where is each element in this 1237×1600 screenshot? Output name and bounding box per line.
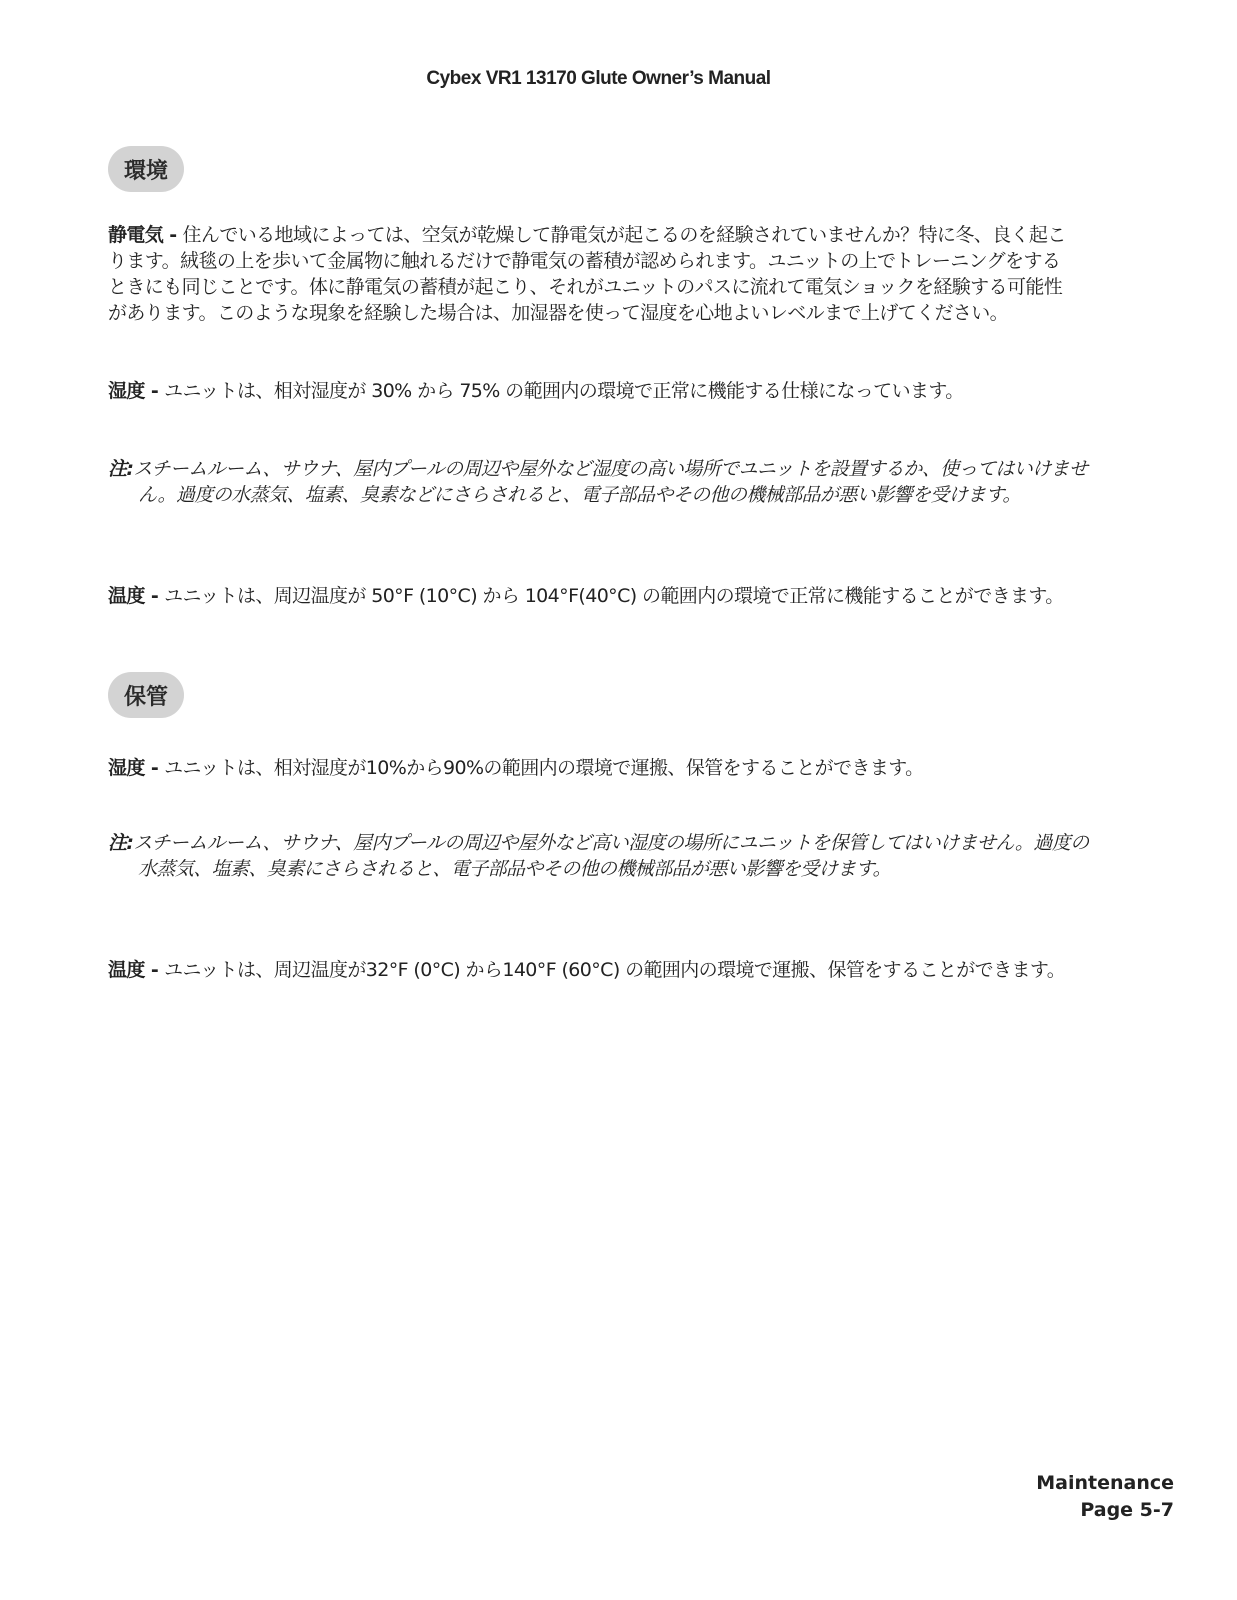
term-label: 温度 - — [108, 585, 164, 607]
note-text: スチームルーム、サウナ、屋内プールの周辺や屋外など湿度の高い場所でユニットを設置… — [133, 458, 1087, 506]
paragraph-humidity-operating: 湿度 - ユニットは、相対湿度が 30% から 75% の範囲内の環境で正常に機… — [108, 378, 1068, 404]
paragraph-text: ユニットは、周辺温度が 50°F (10°C) から 104°F(40°C) の… — [164, 585, 1064, 607]
paragraph-text: ユニットは、相対湿度が 30% から 75% の範囲内の環境で正常に機能する仕様… — [164, 380, 964, 402]
footer-section-name: Maintenance — [1036, 1470, 1174, 1497]
paragraph-text: ユニットは、周辺温度が32°F (0°C) から140°F (60°C) の範囲… — [164, 959, 1065, 981]
paragraph-temperature-storage: 温度 - ユニットは、周辺温度が32°F (0°C) から140°F (60°C… — [108, 957, 1068, 983]
paragraph-text: ユニットは、相対湿度が10%から90%の範囲内の環境で運搬、保管をすることができ… — [164, 757, 923, 779]
section-heading-environment: 環境 — [108, 146, 184, 192]
note-humidity-operating: 注:スチームルーム、サウナ、屋内プールの周辺や屋外など湿度の高い場所でユニットを… — [108, 456, 1098, 508]
note-text: スチームルーム、サウナ、屋内プールの周辺や屋外など高い湿度の場所にユニットを保管… — [133, 832, 1088, 880]
note-label: 注: — [108, 832, 133, 854]
footer-page-number: Page 5-7 — [1036, 1497, 1174, 1524]
term-label: 湿度 - — [108, 757, 164, 779]
paragraph-humidity-storage: 湿度 - ユニットは、相対湿度が10%から90%の範囲内の環境で運搬、保管をする… — [108, 755, 1068, 781]
section-heading-storage: 保管 — [108, 672, 184, 718]
paragraph-static-electricity: 静電気 - 住んでいる地域によっては、空気が乾燥して静電気が起こるのを経験されて… — [108, 222, 1068, 326]
note-label: 注: — [108, 458, 133, 480]
term-label: 静電気 - — [108, 224, 183, 246]
page-footer: Maintenance Page 5-7 — [1036, 1470, 1174, 1524]
paragraph-temperature-operating: 温度 - ユニットは、周辺温度が 50°F (10°C) から 104°F(40… — [108, 583, 1068, 609]
document-header-title: Cybex VR1 13170 Glute Owner’s Manual — [0, 68, 1197, 90]
term-label: 湿度 - — [108, 380, 164, 402]
note-humidity-storage: 注:スチームルーム、サウナ、屋内プールの周辺や屋外など高い湿度の場所にユニットを… — [108, 830, 1098, 882]
paragraph-text: 住んでいる地域によっては、空気が乾燥して静電気が起こるのを経験されていませんか？… — [108, 224, 1066, 324]
term-label: 温度 - — [108, 959, 164, 981]
